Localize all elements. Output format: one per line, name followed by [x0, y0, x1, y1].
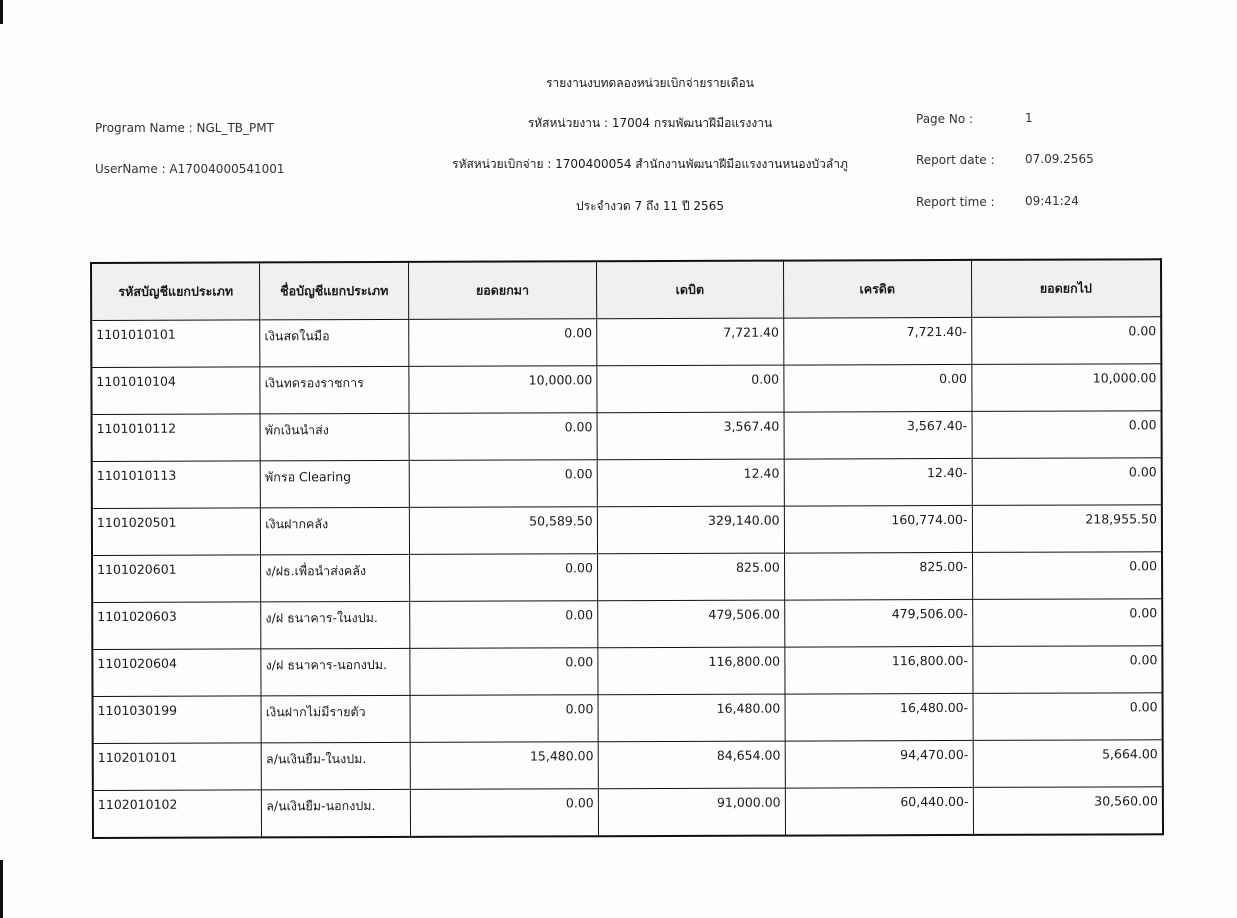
cell-opening-balance: 0.00: [409, 319, 597, 367]
report-time-label: Report time :: [916, 195, 995, 209]
table-header-row: รหัสบัญชีแยกประเภท ชื่อบัญชีแยกประเภท ยอ…: [91, 259, 1161, 320]
cell-account-code: 1101020601: [92, 555, 261, 603]
agency-line: รหัสหน่วยงาน : 17004 กรมพัฒนาฝีมือแรงงาน: [380, 114, 920, 133]
cell-credit: 479,506.00-: [784, 599, 972, 647]
disbursement-unit-line: รหัสหน่วยเบิกจ่าย : 1700400054 สำนักงานพ…: [380, 155, 920, 174]
cell-opening-balance: 0.00: [409, 413, 597, 461]
cell-opening-balance: 0.00: [410, 695, 598, 743]
cell-opening-balance: 10,000.00: [409, 366, 597, 414]
cell-account-code: 1101020501: [92, 508, 261, 556]
report-title: รายงานงบทดลองหน่วยเบิกจ่ายรายเดือน: [380, 74, 920, 93]
scan-edge-mark: [0, 860, 3, 918]
cell-account-name: เงินฝากคลัง: [261, 507, 410, 555]
cell-account-code: 1101010112: [92, 414, 261, 462]
table-row: 1101010112พักเงินนำส่ง0.003,567.403,567.…: [92, 411, 1162, 462]
table-row: 1101020601ง/ฝธ.เพื่อนำส่งคลัง0.00825.008…: [92, 552, 1162, 603]
scan-edge-mark: [0, 0, 3, 24]
cell-credit: 160,774.00-: [784, 505, 972, 553]
table-row: 1101010101เงินสดในมือ0.007,721.407,721.4…: [91, 317, 1161, 368]
cell-closing-balance: 30,560.00: [973, 787, 1163, 835]
report-date-value: 07.09.2565: [1025, 152, 1094, 166]
cell-opening-balance: 50,589.50: [409, 507, 597, 555]
cell-credit: 12.40-: [784, 458, 972, 506]
table-row: 1101020603ง/ฝ ธนาคาร-ในงปม.0.00479,506.0…: [92, 599, 1162, 650]
cell-account-name: เงินสดในมือ: [260, 319, 409, 367]
user-name: UserName : A17004000541001: [95, 162, 285, 176]
cell-debit: 116,800.00: [598, 647, 785, 695]
header-closing-balance: ยอดยกไป: [971, 259, 1161, 317]
cell-account-code: 1101020603: [92, 602, 261, 650]
page-no-label: Page No :: [916, 112, 973, 126]
table-row: 1101010104เงินทดรองราชการ10,000.000.000.…: [91, 364, 1161, 415]
cell-account-name: พักรอ Clearing: [260, 460, 409, 508]
cell-credit: 94,470.00-: [785, 740, 973, 788]
header-debit: เดบิต: [596, 261, 783, 319]
header-opening-balance: ยอดยกมา: [408, 261, 596, 319]
cell-debit: 3,567.40: [597, 412, 784, 460]
cell-account-code: 1101010104: [91, 367, 260, 415]
report-date-label: Report date :: [916, 153, 995, 167]
cell-debit: 825.00: [597, 553, 784, 601]
cell-closing-balance: 0.00: [972, 599, 1162, 647]
cell-account-name: เงินทดรองราชการ: [260, 366, 409, 414]
cell-account-code: 1101010101: [91, 320, 260, 368]
cell-credit: 3,567.40-: [784, 411, 972, 459]
cell-opening-balance: 0.00: [410, 648, 598, 696]
cell-debit: 84,654.00: [598, 741, 785, 789]
program-name: Program Name : NGL_TB_PMT: [95, 121, 274, 135]
table-row: 1102010101ล/นเงินยืม-ในงปม.15,480.0084,6…: [93, 740, 1163, 791]
cell-account-code: 1101020604: [92, 649, 261, 697]
cell-debit: 329,140.00: [597, 506, 784, 554]
cell-debit: 91,000.00: [598, 788, 785, 836]
table-row: 1101010113พักรอ Clearing0.0012.4012.40-0…: [92, 458, 1162, 509]
cell-closing-balance: 0.00: [973, 693, 1163, 741]
cell-closing-balance: 10,000.00: [971, 364, 1161, 412]
report-time-value: 09:41:24: [1025, 194, 1079, 208]
cell-closing-balance: 0.00: [972, 552, 1162, 600]
cell-credit: 0.00: [784, 364, 972, 412]
cell-closing-balance: 0.00: [971, 317, 1161, 365]
cell-closing-balance: 0.00: [972, 458, 1162, 506]
cell-opening-balance: 0.00: [409, 460, 597, 508]
cell-closing-balance: 0.00: [972, 646, 1162, 694]
cell-debit: 479,506.00: [598, 600, 785, 648]
cell-credit: 16,480.00-: [785, 693, 973, 741]
table-row: 1102010102ล/นเงินยืม-นอกงปม.0.0091,000.0…: [93, 787, 1163, 838]
cell-closing-balance: 218,955.50: [972, 505, 1162, 553]
cell-credit: 116,800.00-: [785, 646, 973, 694]
cell-debit: 0.00: [597, 365, 784, 413]
header-credit: เครดิต: [783, 260, 971, 318]
table-row: 1101020604ง/ฝ ธนาคาร-นอกงปม.0.00116,800.…: [92, 646, 1162, 697]
table-row: 1101020501เงินฝากคลัง50,589.50329,140.00…: [92, 505, 1162, 556]
cell-account-name: พักเงินนำส่ง: [260, 413, 409, 461]
period-line: ประจำงวด 7 ถึง 11 ปี 2565: [380, 197, 920, 216]
cell-closing-balance: 0.00: [972, 411, 1162, 459]
cell-opening-balance: 15,480.00: [410, 742, 598, 790]
cell-credit: 7,721.40-: [783, 317, 971, 365]
cell-account-code: 1101010113: [92, 461, 261, 509]
cell-debit: 7,721.40: [597, 318, 784, 366]
header-account-code: รหัสบัญชีแยกประเภท: [91, 262, 260, 320]
cell-account-code: 1101030199: [93, 696, 262, 744]
cell-opening-balance: 0.00: [410, 789, 598, 837]
cell-account-code: 1102010101: [93, 743, 262, 791]
cell-debit: 16,480.00: [598, 694, 785, 742]
cell-account-name: ง/ฝธ.เพื่อนำส่งคลัง: [261, 554, 410, 602]
page-no-value: 1: [1025, 111, 1033, 125]
cell-account-name: ง/ฝ ธนาคาร-นอกงปม.: [261, 648, 410, 696]
cell-closing-balance: 5,664.00: [973, 740, 1163, 788]
table-row: 1101030199เงินฝากไม่มีรายตัว0.0016,480.0…: [93, 693, 1163, 744]
cell-credit: 825.00-: [784, 552, 972, 600]
cell-account-code: 1102010102: [93, 790, 262, 838]
trial-balance-table: รหัสบัญชีแยกประเภท ชื่อบัญชีแยกประเภท ยอ…: [90, 258, 1164, 839]
cell-opening-balance: 0.00: [409, 554, 597, 602]
cell-account-name: ง/ฝ ธนาคาร-ในงปม.: [261, 601, 410, 649]
header-account-name: ชื่อบัญชีแยกประเภท: [260, 262, 409, 320]
cell-account-name: เงินฝากไม่มีรายตัว: [261, 695, 410, 743]
cell-credit: 60,440.00-: [785, 787, 973, 835]
cell-debit: 12.40: [597, 459, 784, 507]
cell-account-name: ล/นเงินยืม-นอกงปม.: [262, 789, 411, 837]
cell-opening-balance: 0.00: [410, 601, 598, 649]
cell-account-name: ล/นเงินยืม-ในงปม.: [261, 742, 410, 790]
